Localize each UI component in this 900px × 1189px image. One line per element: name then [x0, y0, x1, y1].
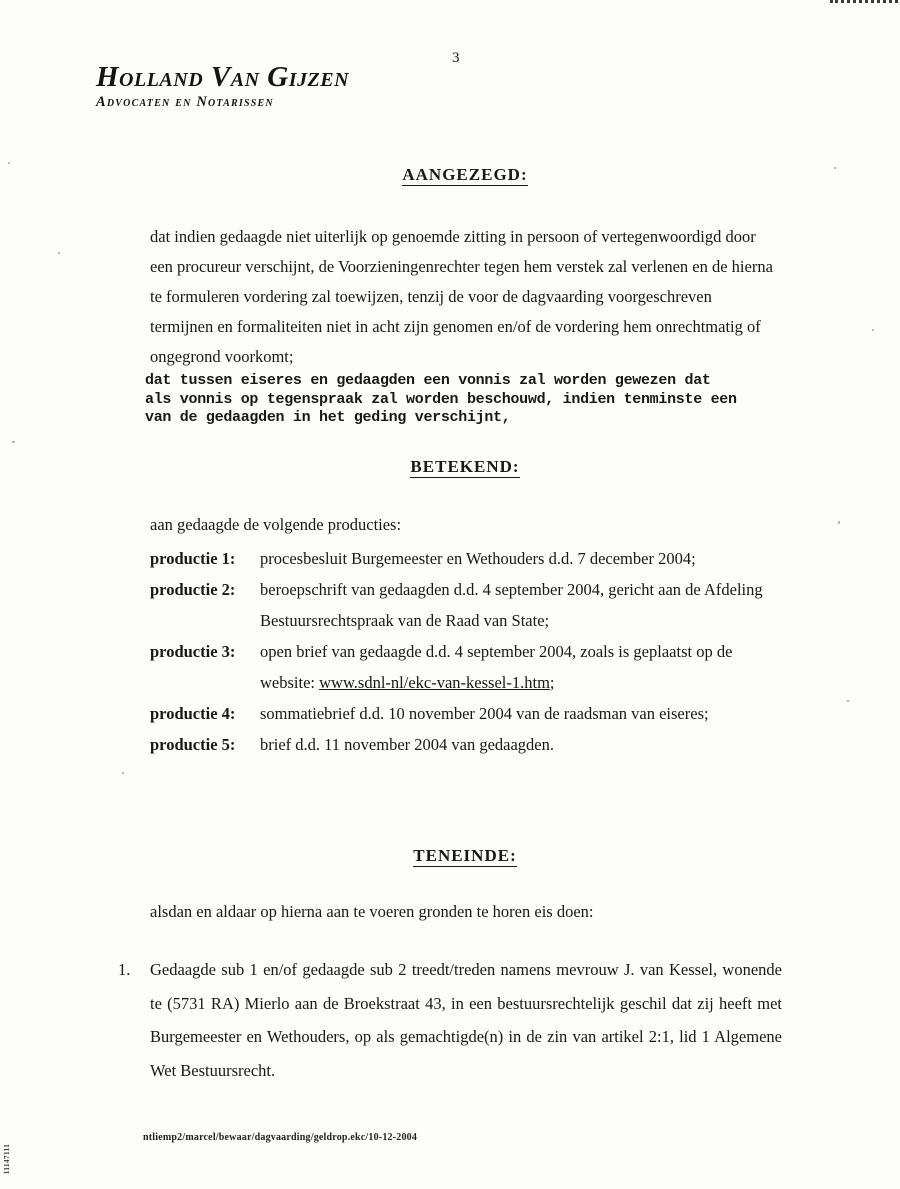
scan-speck — [8, 162, 10, 164]
scan-speck — [838, 521, 840, 524]
page-number: 3 — [452, 50, 460, 67]
law-firm-logo: Holland Van Gijzen Advocaten en Notariss… — [96, 62, 349, 111]
law-firm-name: Holland Van Gijzen — [96, 62, 349, 92]
scan-speck — [122, 772, 124, 774]
productie-label: productie 1: — [150, 543, 260, 574]
producties-list: productie 1: procesbesluit Burgemeester … — [150, 543, 778, 760]
claim-item-1: 1. Gedaagde sub 1 en/of gedaagde sub 2 t… — [118, 953, 782, 1087]
productie-row: productie 5: brief d.d. 11 november 2004… — [150, 729, 778, 760]
scan-edge-mark: 11147111 — [3, 1144, 11, 1174]
heading-betekend: BETEKEND: — [150, 457, 780, 477]
teneinde-intro: alsdan en aldaar op hierna aan te voeren… — [150, 897, 790, 927]
productie-text: brief d.d. 11 november 2004 van gedaagde… — [260, 729, 778, 760]
heading-aangezegd: AANGEZEGD: — [150, 165, 780, 185]
productie-text: sommatiebrief d.d. 10 november 2004 van … — [260, 698, 778, 729]
claim-number: 1. — [118, 953, 150, 1087]
productie-row: productie 2: beroepschrift van gedaagden… — [150, 574, 778, 636]
productie-label: productie 5: — [150, 729, 260, 760]
productie-row: productie 4: sommatiebrief d.d. 10 novem… — [150, 698, 778, 729]
betekend-intro: aan gedaagde de volgende producties: — [150, 510, 775, 540]
scan-speck — [872, 329, 874, 331]
aangezegd-paragraph: dat indien gedaagde niet uiterlijk op ge… — [150, 222, 775, 372]
productie-row: productie 1: procesbesluit Burgemeester … — [150, 543, 778, 574]
scan-dotted-line — [830, 0, 898, 3]
productie-label: productie 3: — [150, 636, 260, 667]
productie-text: beroepschrift van gedaagden d.d. 4 septe… — [260, 574, 778, 636]
scan-speck — [847, 700, 849, 702]
scan-speck — [12, 441, 15, 443]
productie-text-after: ; — [550, 673, 555, 692]
productie-label: productie 4: — [150, 698, 260, 729]
heading-teneinde: TENEINDE: — [150, 846, 780, 866]
productie-text: procesbesluit Burgemeester en Wethouders… — [260, 543, 778, 574]
scan-speck — [834, 167, 836, 169]
productie-row: productie 3: open brief van gedaagde d.d… — [150, 636, 778, 698]
productie-text: open brief van gedaagde d.d. 4 september… — [260, 636, 778, 698]
scan-speck — [58, 252, 60, 254]
claim-text: Gedaagde sub 1 en/of gedaagde sub 2 tree… — [150, 953, 782, 1087]
website-url: www.sdnl-nl/ekc-van-kessel-1.htm — [319, 673, 550, 692]
scanned-document-page: 3 Holland Van Gijzen Advocaten en Notari… — [0, 0, 900, 1189]
aangezegd-typewriter-paragraph: dat tussen eiseres en gedaagden een vonn… — [145, 372, 745, 428]
law-firm-subtitle: Advocaten en Notarissen — [96, 95, 349, 110]
productie-label: productie 2: — [150, 574, 260, 605]
document-reference-path: ntliemp2/marcel/bewaar/dagvaarding/geldr… — [143, 1132, 417, 1143]
